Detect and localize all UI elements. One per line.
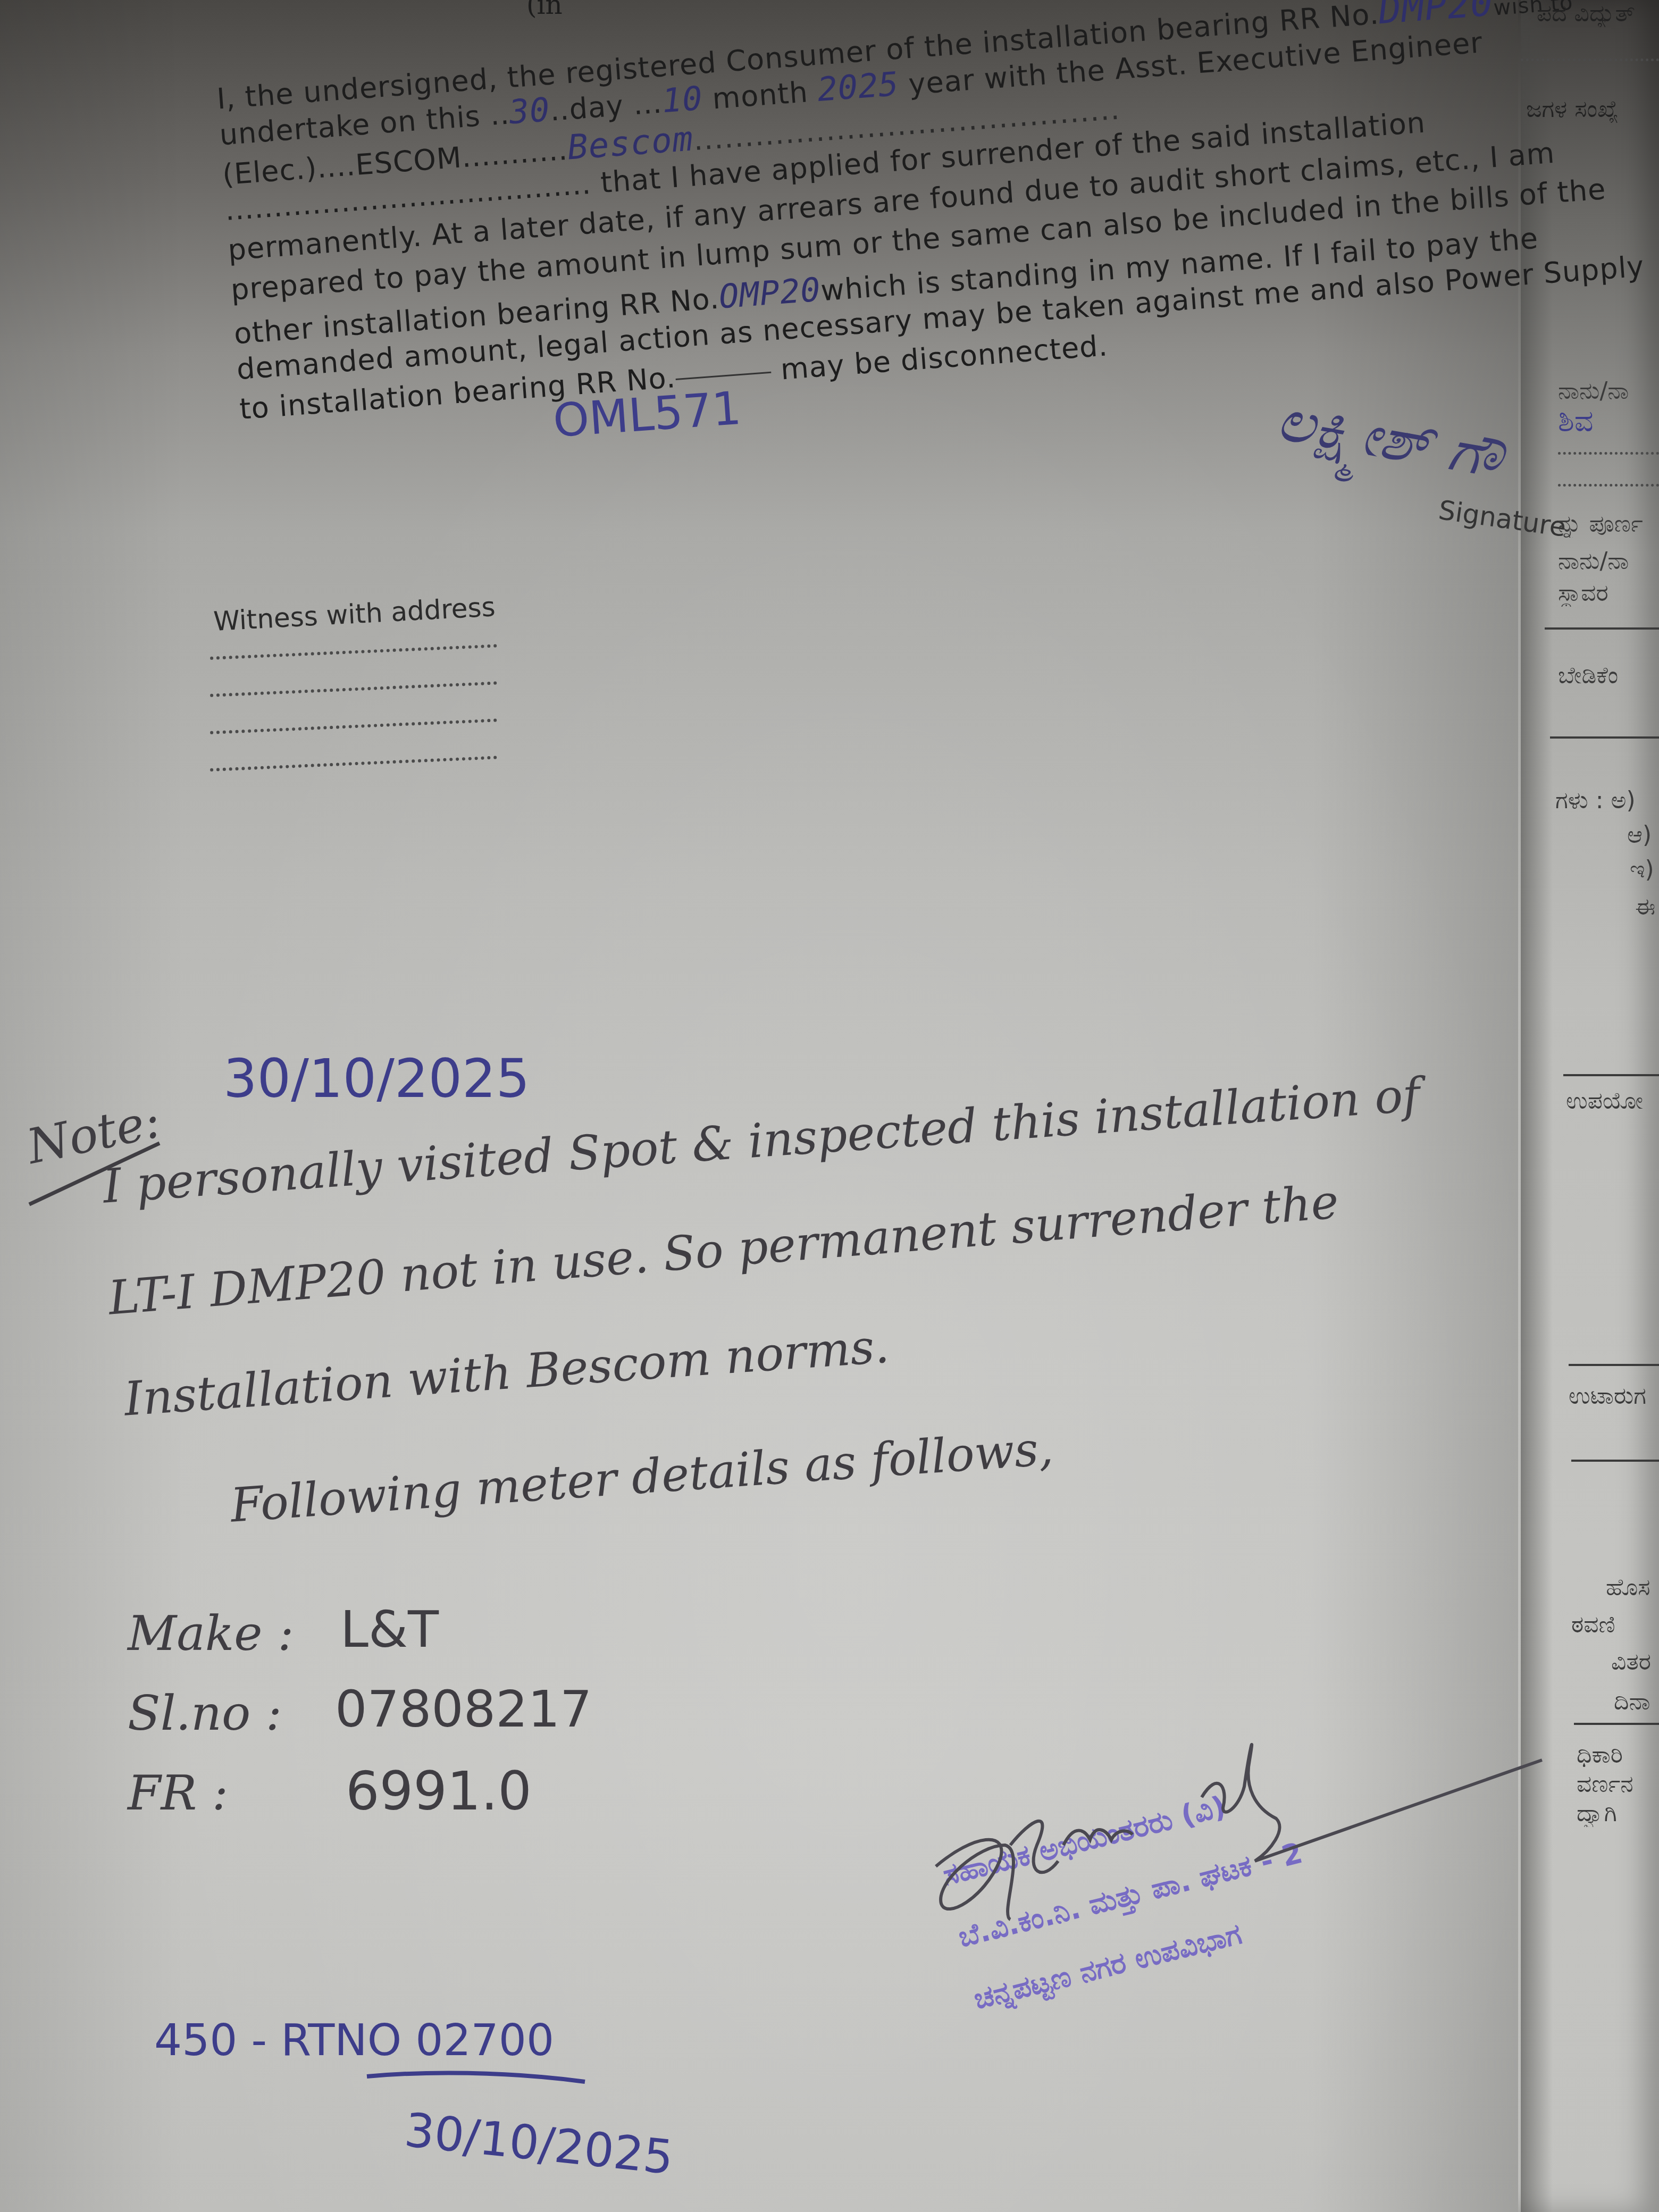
- day-handwritten: 30: [508, 90, 551, 131]
- other-rr-no-handwritten: OMP20: [718, 270, 822, 316]
- meter-fr-value: 6991.0: [346, 1760, 532, 1822]
- meter-fr-label: FR :: [128, 1765, 228, 1821]
- year-handwritten: 2025: [816, 64, 900, 109]
- meter-serial-value: 07808217: [335, 1680, 592, 1739]
- receipt-number: 450 - RTNO 02700: [154, 2015, 554, 2066]
- meter-make-value: L&T: [340, 1601, 439, 1659]
- note-date: 30/10/2025: [223, 1048, 530, 1110]
- blank-rr-field: [676, 372, 772, 380]
- header-fragment: (in: [526, 0, 563, 20]
- month-handwritten: 10: [660, 79, 704, 120]
- meter-serial-label: Sl.no :: [128, 1686, 282, 1741]
- meter-make-label: Make :: [128, 1606, 294, 1662]
- page-fold-shadow: [1521, 0, 1553, 2212]
